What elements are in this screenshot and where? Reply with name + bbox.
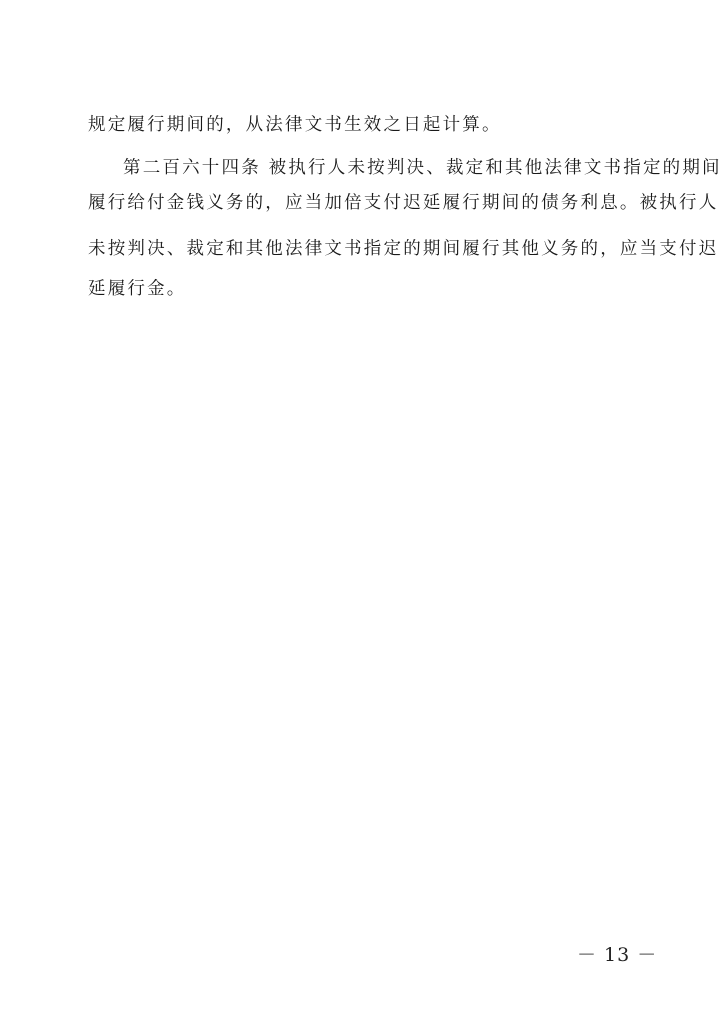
text-line-3: 履行给付金钱义务的，应当加倍支付迟延履行期间的债务利息。被执行人 — [88, 193, 718, 213]
text-line-4: 未按判决、裁定和其他法律文书指定的期间履行其他义务的，应当支付迟 — [88, 239, 718, 259]
text-line-5: 延履行金。 — [88, 279, 187, 299]
document-page: 规定履行期间的，从法律文书生效之日起计算。 第二百六十四条 被执行人未按判决、裁… — [0, 0, 724, 1024]
page-number: － 13 － — [577, 940, 657, 967]
article-264-heading-line: 第二百六十四条 被执行人未按判决、裁定和其他法律文书指定的期间 — [123, 158, 722, 178]
text-line-1: 规定履行期间的，从法律文书生效之日起计算。 — [88, 115, 502, 135]
